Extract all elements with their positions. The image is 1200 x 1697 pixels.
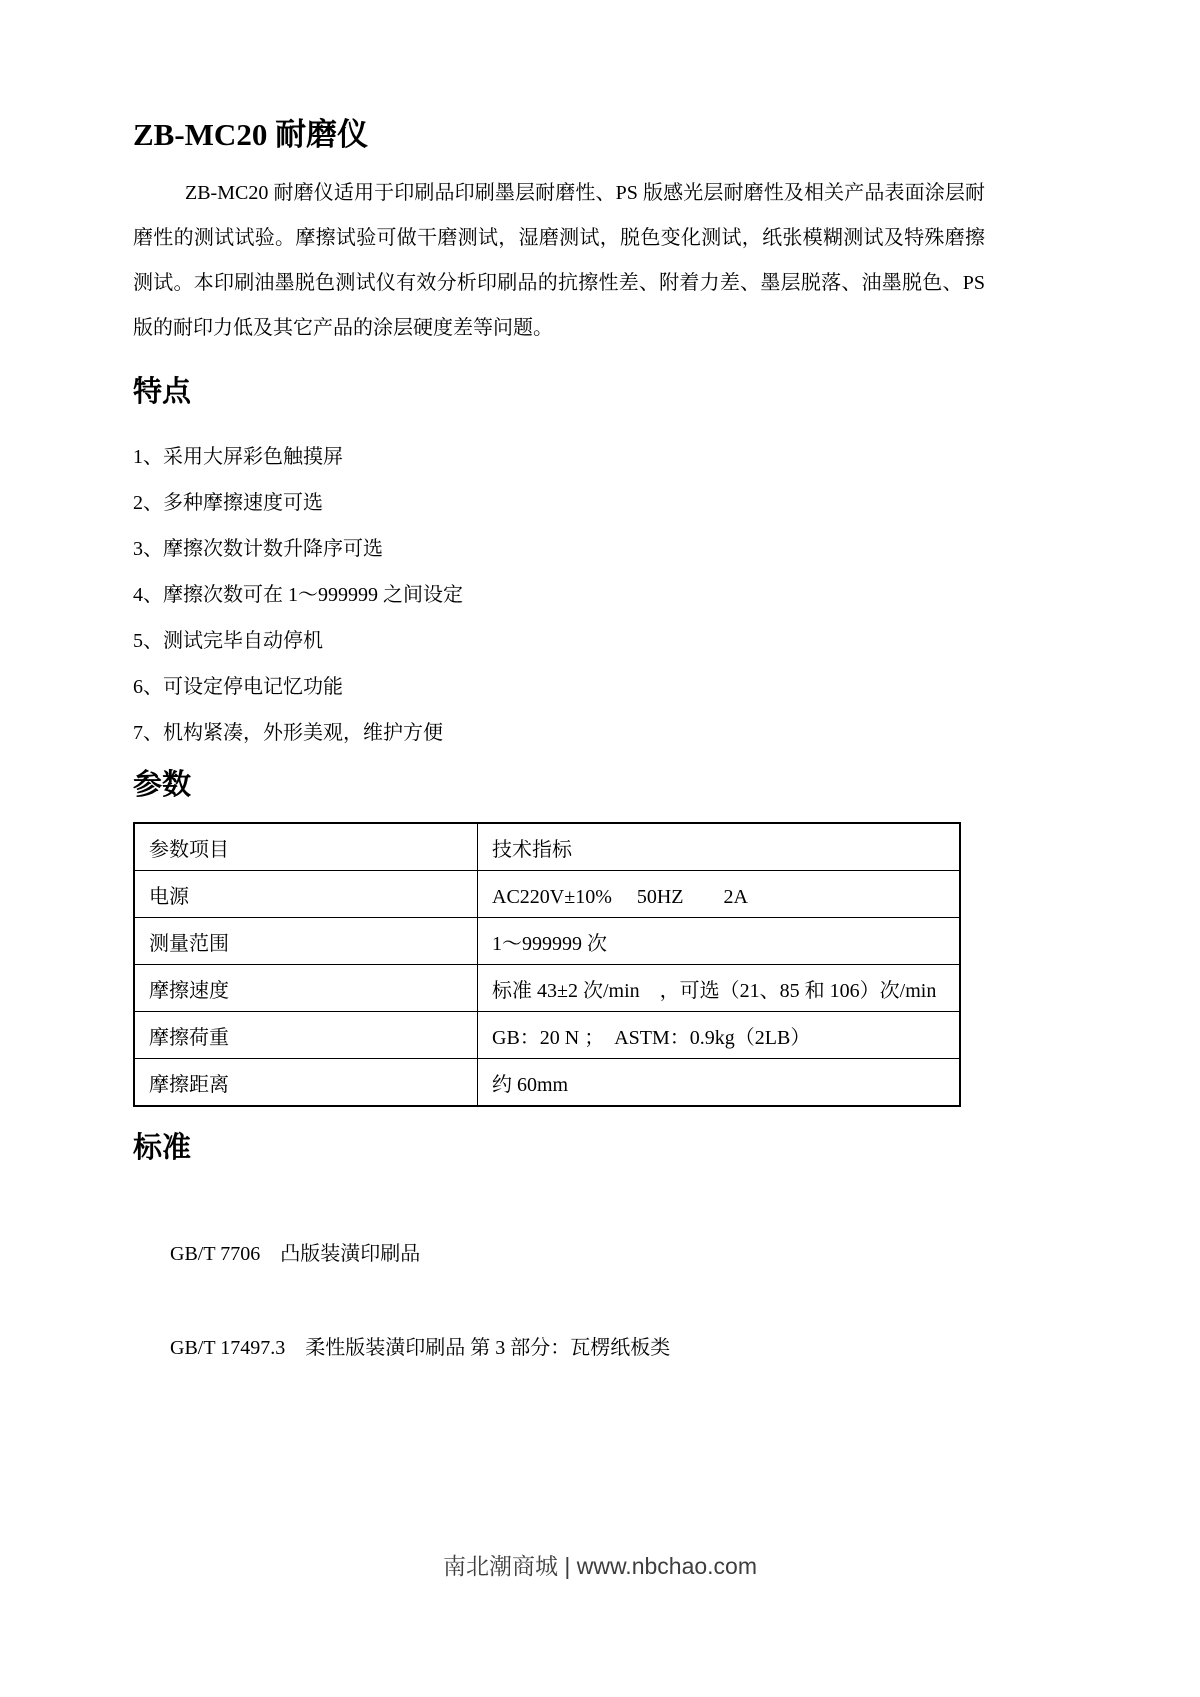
list-item: 6、可设定停电记忆功能	[133, 664, 985, 710]
table-row: 摩擦距离 约 60mm	[134, 1059, 960, 1107]
param-value-cell: 标准 43±2 次/min ，可选（21、85 和 106）次/min	[478, 965, 961, 1012]
table-row: 测量范围 1～999999 次	[134, 918, 960, 965]
param-value-cell: 约 60mm	[478, 1059, 961, 1107]
list-item: 7、机构紧凑，外形美观，维护方便	[133, 710, 985, 756]
intro-paragraph: ZB-MC20 耐磨仪适用于印刷品印刷墨层耐磨性、PS 版感光层耐磨性及相关产品…	[133, 171, 985, 351]
param-name-cell: 测量范围	[134, 918, 478, 965]
parameters-table: 参数项目 技术指标 电源 AC220V±10% 50HZ 2A 测量范围 1～9…	[133, 822, 961, 1107]
standards-heading: 标准	[133, 1131, 985, 1166]
parameters-heading: 参数	[133, 768, 985, 803]
param-name-cell: 摩擦荷重	[134, 1012, 478, 1059]
table-row: 摩擦速度 标准 43±2 次/min ，可选（21、85 和 106）次/min	[134, 965, 960, 1012]
standards-list: GB/T 7706 凸版装潢印刷品 GB/T 17497.3 柔性版装潢印刷品 …	[133, 1184, 985, 1418]
table-row: 摩擦荷重 GB：20 N ； ASTM：0.9kg（2LB）	[134, 1012, 960, 1059]
list-item: GB/T 17497.3 柔性版装潢印刷品 第 3 部分：瓦楞纸板类	[170, 1324, 985, 1372]
param-value-cell: 技术指标	[478, 823, 961, 871]
list-item: 4、摩擦次数可在 1～999999 之间设定	[133, 572, 985, 618]
table-row: 参数项目 技术指标	[134, 823, 960, 871]
document-content: ZB-MC20 耐磨仪 ZB-MC20 耐磨仪适用于印刷品印刷墨层耐磨性、PS …	[0, 0, 1200, 1418]
param-value-cell: AC220V±10% 50HZ 2A	[478, 871, 961, 918]
table-row: 电源 AC220V±10% 50HZ 2A	[134, 871, 960, 918]
document-page: ZB-MC20 耐磨仪 ZB-MC20 耐磨仪适用于印刷品印刷墨层耐磨性、PS …	[0, 0, 1200, 1697]
features-heading: 特点	[133, 375, 985, 410]
param-name-cell: 参数项目	[134, 823, 478, 871]
features-list: 1、采用大屏彩色触摸屏 2、多种摩擦速度可选 3、摩擦次数计数升降序可选 4、摩…	[133, 434, 985, 756]
param-name-cell: 摩擦速度	[134, 965, 478, 1012]
footer-site-text: 南北潮商城 | www.nbchao.com	[0, 1548, 1200, 1581]
list-item: 2、多种摩擦速度可选	[133, 480, 985, 526]
list-item: 3、摩擦次数计数升降序可选	[133, 526, 985, 572]
param-name-cell: 摩擦距离	[134, 1059, 478, 1107]
list-item: 5、测试完毕自动停机	[133, 618, 985, 664]
list-item: 1、采用大屏彩色触摸屏	[133, 434, 985, 480]
param-value-cell: 1～999999 次	[478, 918, 961, 965]
param-name-cell: 电源	[134, 871, 478, 918]
page-title: ZB-MC20 耐磨仪	[133, 0, 985, 155]
list-item: GB/T 7706 凸版装潢印刷品	[170, 1230, 985, 1278]
param-value-cell: GB：20 N ； ASTM：0.9kg（2LB）	[478, 1012, 961, 1059]
